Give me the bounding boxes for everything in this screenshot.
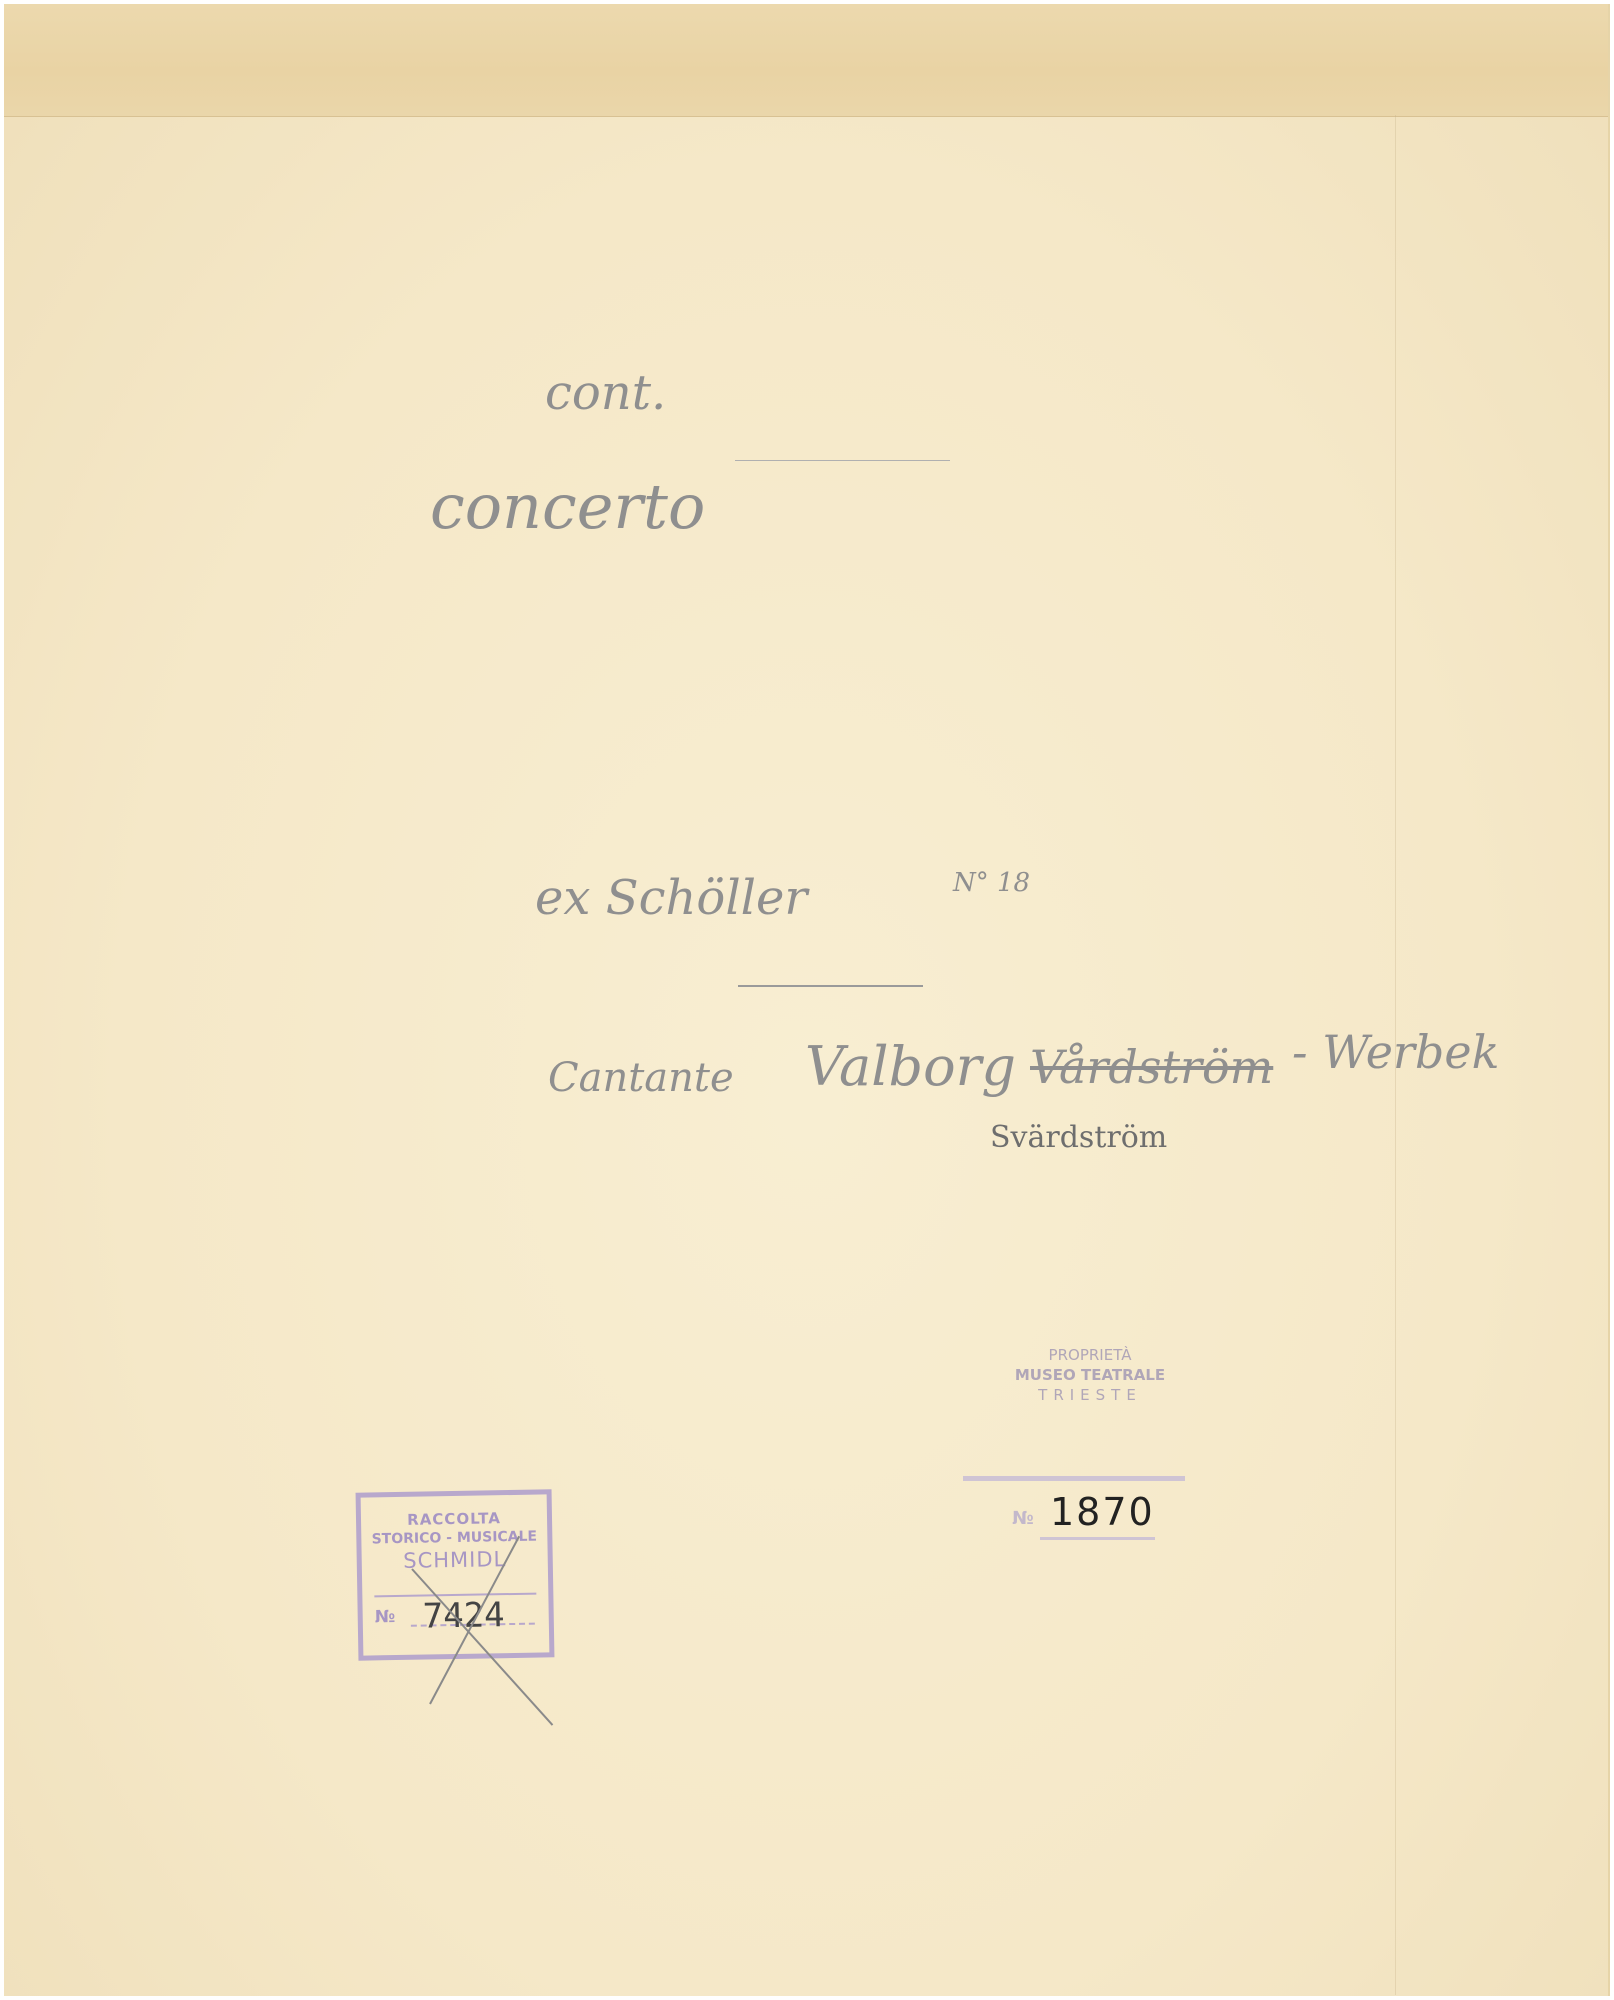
stamp-museo-teatrale: PROPRIETÀ MUSEO TEATRALE TRIESTE (985, 1345, 1195, 1415)
stamp-raccolta-schmidl: RACCOLTA STORICO - MUSICALE SCHMIDL № 74… (356, 1489, 555, 1660)
stamp-museo-number: 1870 (1050, 1490, 1155, 1534)
note-provenance: ex Schöller (535, 870, 807, 926)
pencil-stroke (735, 460, 950, 461)
note-cont: cont. (545, 365, 666, 421)
stamp-museo-number-label: № (1012, 1508, 1034, 1529)
stamp-schmidl-line1: RACCOLTA (361, 1508, 547, 1529)
stamp-schmidl-number: 7424 (422, 1595, 505, 1636)
stamp-museo-line2: MUSEO TEATRALE (985, 1365, 1195, 1385)
stamp-museo-line3: TRIESTE (985, 1385, 1195, 1405)
stamp-schmidl-line2: STORICO - MUSICALE (361, 1528, 547, 1547)
stamp-museo-number-line (1040, 1537, 1155, 1540)
stamp-museo-line1: PROPRIETÀ (985, 1345, 1195, 1365)
top-mount-band (4, 4, 1608, 117)
photo-card-back (4, 4, 1610, 1996)
note-surname-suffix: - Werbek (1292, 1025, 1499, 1079)
pencil-underline (738, 985, 923, 987)
note-concerto: concerto (430, 470, 705, 543)
note-role: Cantante (548, 1055, 734, 1101)
stamp-museo-rule (963, 1476, 1185, 1481)
note-first-name: Valborg (805, 1035, 1016, 1098)
stamp-schmidl-line3: SCHMIDL (362, 1546, 548, 1573)
note-struck-surname: Vårdström (1030, 1040, 1273, 1094)
note-provenance-number: N° 18 (953, 868, 1030, 898)
note-corrected-surname: Svärdström (990, 1120, 1167, 1155)
stamp-schmidl-number-label: № (375, 1607, 396, 1627)
